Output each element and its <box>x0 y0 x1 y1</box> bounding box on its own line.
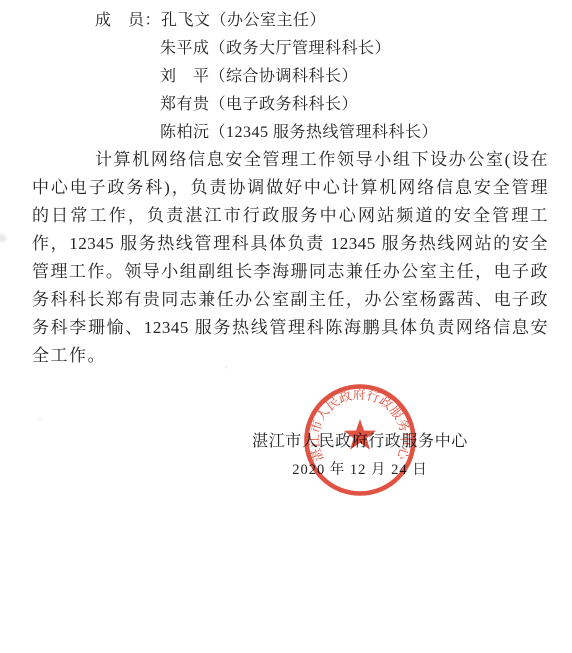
body-paragraph-line: 全工作。 <box>32 342 548 370</box>
body-paragraph-line: 管理工作。领导小组副组长李海珊同志兼任办公室主任，电子政 <box>32 258 548 286</box>
body-paragraph-line: 中心电子政务科)，负责协调做好中心计算机网络信息安全管理 <box>32 174 548 202</box>
body-paragraph-line: 计算机网络信息安全管理工作领导小组下设办公室(设在 <box>32 146 548 174</box>
document-text-block: 成 员：孔飞文（办公室主任） 朱平成（政务大厅管理科科长） 刘 平（综合协调科科… <box>32 7 548 370</box>
scanned-official-document: 成 员：孔飞文（办公室主任） 朱平成（政务大厅管理科科长） 刘 平（综合协调科科… <box>0 0 572 653</box>
member-list-line: 刘 平（综合协调科科长） <box>32 63 548 91</box>
signature-date: 2020 年 12 月 24 日 <box>160 456 560 484</box>
signature-organization: 湛江市人民政府行政服务中心 <box>160 428 560 456</box>
body-paragraph-line: 务科李珊愉、12345 服务热线管理科陈海鹏具体负责网络信息安 <box>32 314 548 342</box>
body-paragraph-line: 作，12345 服务热线管理科具体负责 12345 服务热线网站的安全 <box>32 230 548 258</box>
member-list-line: 成 员：孔飞文（办公室主任） <box>32 7 548 35</box>
member-list-line: 朱平成（政务大厅管理科科长） <box>32 35 548 63</box>
member-list-line: 郑有贵（电子政务科科长） <box>32 91 548 119</box>
member-list-line: 陈柏沅（12345 服务热线管理科科长） <box>32 119 548 147</box>
body-paragraph-line: 务科科长郑有贵同志兼任办公室副主任，办公室杨露茜、电子政 <box>32 286 548 314</box>
signature-block: 湛江市人民政府行政服务中心 2020 年 12 月 24 日 <box>160 428 560 484</box>
body-paragraph-line: 的日常工作，负责湛江市行政服务中心网站频道的安全管理工 <box>32 202 548 230</box>
